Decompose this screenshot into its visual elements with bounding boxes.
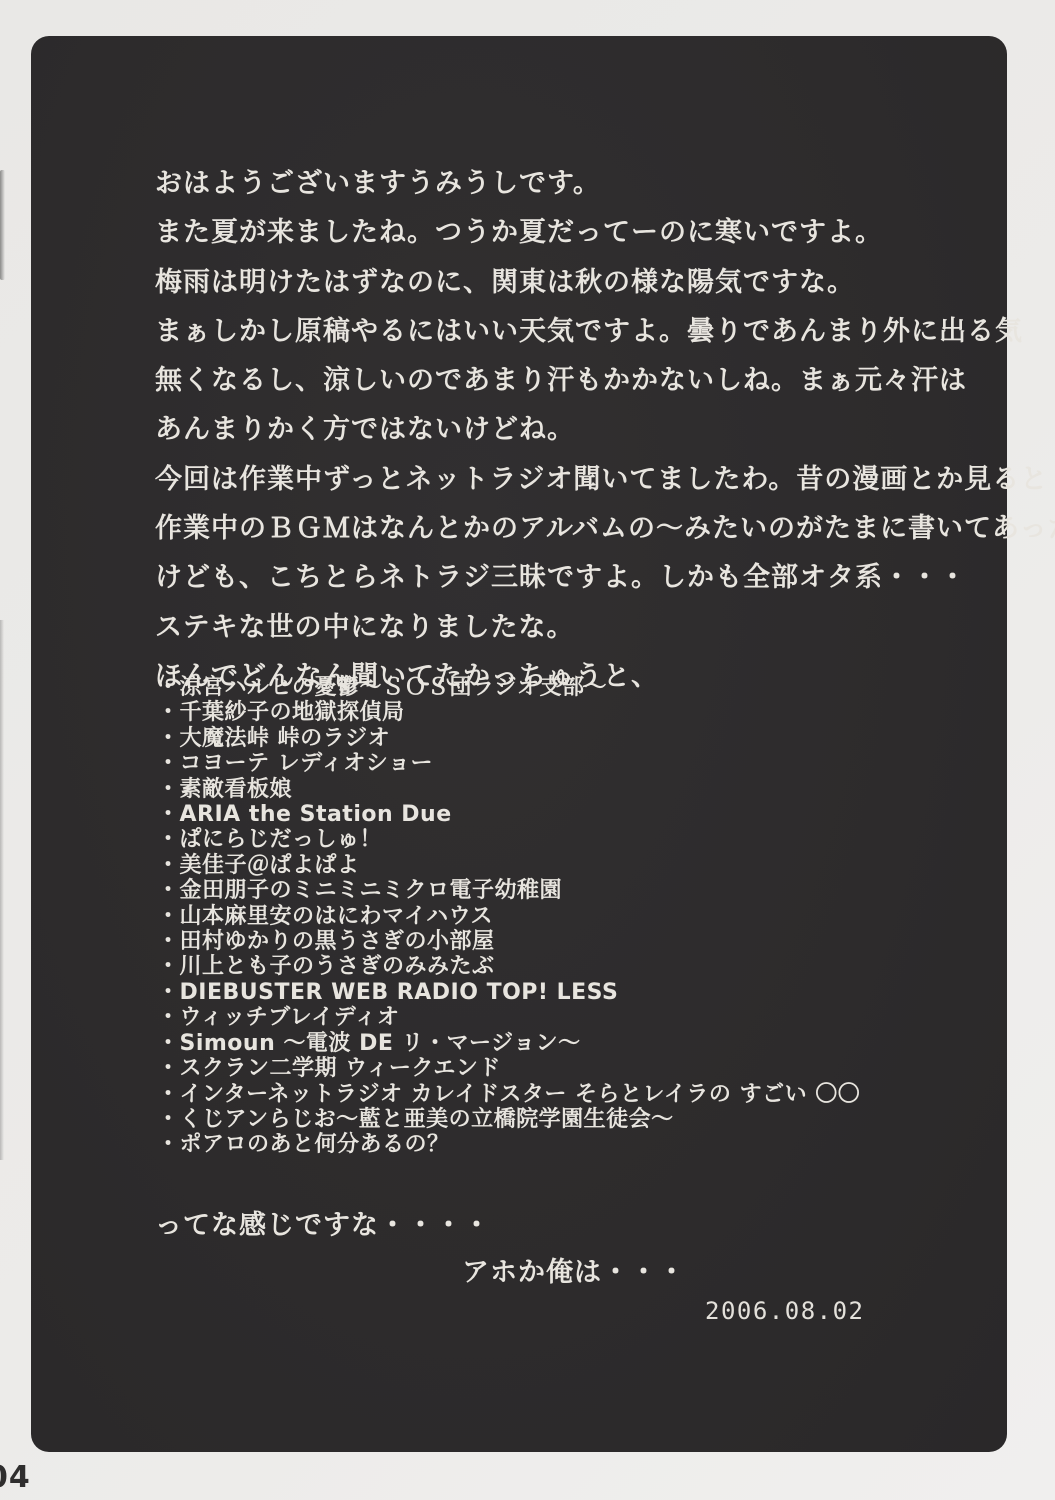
text-line: ・DIEBUSTER WEB RADIO TOP! LESS [157,980,977,1005]
date-stamp: 2006.08.02 [705,1296,865,1326]
text-line: おはようございますうみうしです。 [155,159,955,208]
text-line: 無くなるし、涼しいのであまり汗もかかないしね。まぁ元々汗は [155,356,955,405]
text-line: ・スクラン二学期 ウィークエンド [157,1056,977,1081]
text-line: ・インターネットラジオ カレイドスター そらとレイラの すごい 〇〇 [157,1082,977,1107]
text-line: また夏が来ましたね。つうか夏だってーのに寒いですよ。 [155,208,955,257]
text-line: 作業中のＢＧＭはなんとかのアルバムの～みたいのがたまに書いてあった [155,504,955,553]
scanned-document-page: おはようございますうみうしです。また夏が来ましたね。つうか夏だってーのに寒いです… [0,0,1055,1500]
text-line: ・素敵看板娘 [157,777,977,802]
closing-line: ってな感じですな・・・・ [155,1208,491,1244]
text-line: ・ウィッチブレイディオ [157,1005,977,1030]
text-line: ・Simoun ～電波 DE リ・マージョン～ [157,1031,977,1056]
text-line: ・千葉紗子の地獄探偵局 [157,700,977,725]
text-line: けども、こちとらネトラジ三昧ですよ。しかも全部オタ系・・・ [155,553,955,602]
afterword-sheet: おはようございますうみうしです。また夏が来ましたね。つうか夏だってーのに寒いです… [31,36,1007,1452]
text-line: 今回は作業中ずっとネットラジオ聞いてましたわ。昔の漫画とか見ると [155,455,955,504]
text-line: 梅雨は明けたはずなのに、関東は秋の様な陽気ですな。 [155,258,955,307]
text-line: ・金田朋子のミニミニミクロ電子幼稚園 [157,878,977,903]
text-line: まぁしかし原稿やるにはいい天気ですよ。曇りであんまり外に出る気 [155,307,955,356]
text-line: ・くじアンらじお～藍と亜美の立橋院学園生徒会～ [157,1107,977,1132]
text-line: ・コヨーテ レディオショー [157,751,977,776]
text-line: ・ぱにらじだっしゅ！ [157,827,977,852]
text-line: ・川上とも子のうさぎのみみたぶ [157,954,977,979]
text-line: ステキな世の中になりましたな。 [155,603,955,652]
scan-edge-artifact [0,170,5,280]
text-line: あんまりかく方ではないけどね。 [155,405,955,454]
radio-show-list: ・涼宮ハルヒの憂鬱～ＳＯＳ団ラジオ支部～・千葉紗子の地獄探偵局・大魔法峠 峠のラ… [157,675,977,1158]
text-line: ・大魔法峠 峠のラジオ [157,726,977,751]
self-retort-line: アホか俺は・・・ [462,1255,686,1291]
text-line: ・田村ゆかりの黒うさぎの小部屋 [157,929,977,954]
scan-edge-artifact [0,620,4,1160]
text-line: ・ARIA the Station Due [157,802,977,827]
text-line: ・山本麻里安のはにわマイハウス [157,904,977,929]
text-line: ・涼宮ハルヒの憂鬱～ＳＯＳ団ラジオ支部～ [157,675,977,700]
afterword-paragraph: おはようございますうみうしです。また夏が来ましたね。つうか夏だってーのに寒いです… [155,159,955,701]
page-number: 04 [0,1462,31,1494]
text-line: ・ポアロのあと何分あるの？ [157,1132,977,1157]
text-line: ・美佳子＠ぱよぱよ [157,853,977,878]
